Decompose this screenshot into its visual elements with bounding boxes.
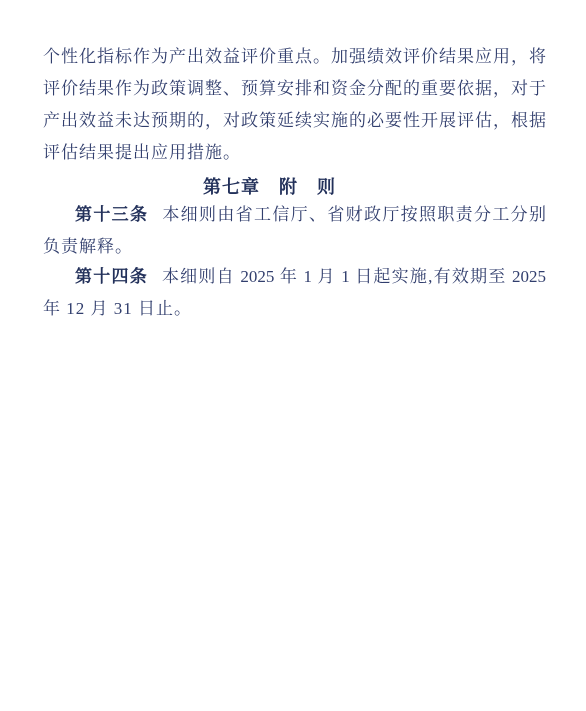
body-line-1: 个性化指标作为产出效益评价重点。加强绩效评价结果应用，将	[43, 41, 546, 73]
paragraph-output-benefit-evaluation: 个性化指标作为产出效益评价重点。加强绩效评价结果应用，将 评价结果作为政策调整、…	[43, 41, 546, 169]
body-line-3: 产出效益未达预期的，对政策延续实施的必要性开展评估，根据	[43, 105, 546, 137]
article-14: 第十四条本细则自 2025 年 1 月 1 日起实施,有效期至 2025 年 1…	[43, 261, 546, 325]
article-13-text: 本细则由省工信厅、省财政厅按照职责分工分别	[162, 205, 546, 224]
document-page: 个性化指标作为产出效益评价重点。加强绩效评价结果应用，将 评价结果作为政策调整、…	[0, 0, 586, 711]
body-line-2: 评价结果作为政策调整、预算安排和资金分配的重要依据，对于	[43, 73, 546, 105]
article-13-label: 第十三条	[75, 205, 148, 224]
article-13: 第十三条本细则由省工信厅、省财政厅按照职责分工分别 负责解释。	[43, 199, 546, 263]
article-14-label: 第十四条	[75, 267, 148, 286]
article-13-line-2: 负责解释。	[43, 231, 546, 263]
body-line-4: 评估结果提出应用措施。	[43, 137, 546, 169]
article-14-text: 本细则自 2025 年 1 月 1 日起实施,有效期至 2025	[162, 267, 546, 286]
article-14-line-1: 第十四条本细则自 2025 年 1 月 1 日起实施,有效期至 2025	[43, 261, 546, 293]
article-13-line-1: 第十三条本细则由省工信厅、省财政厅按照职责分工分别	[43, 199, 546, 231]
article-14-line-2: 年 12 月 31 日止。	[43, 293, 546, 325]
